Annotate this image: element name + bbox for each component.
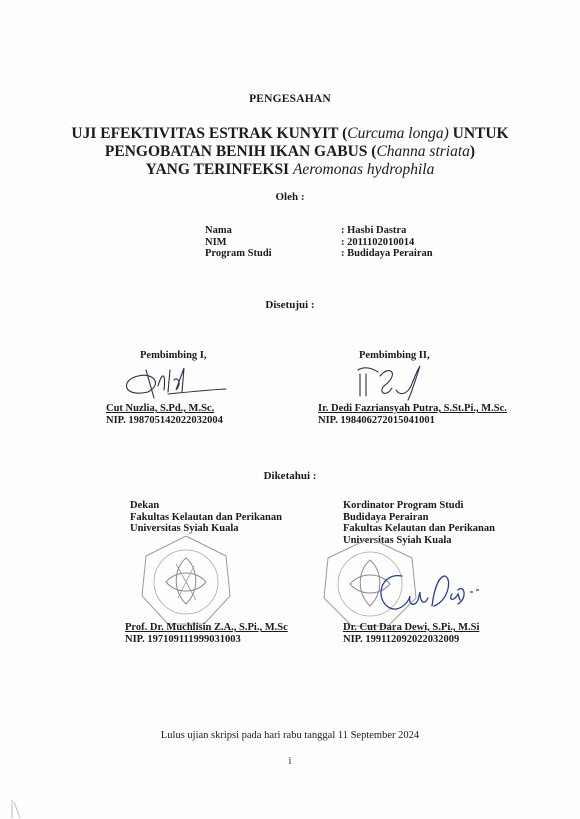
identity-row-program: Program Studi : Budidaya Perairan — [205, 248, 433, 260]
dean-block: Prof. Dr. Muchlisin Z.A., S.Pi., M.Sc NI… — [125, 622, 288, 645]
species-channa: Channa striata — [376, 143, 469, 160]
species-curcuma: Curcuma longa) — [347, 125, 448, 142]
signature-supervisor-2-icon — [350, 364, 430, 404]
page-heading: PENGESAHAN — [0, 93, 580, 105]
supervisor-1-nip: NIP. 198705142022032004 — [106, 415, 223, 427]
coordinator-block: Dr. Cut Dara Dewi, S.Pi., M.Si NIP. 1991… — [343, 622, 479, 645]
supervisor-1-block: Cut Nuzlia, S.Pd., M.Sc. NIP. 1987051420… — [106, 403, 223, 426]
identity-row-name: Nama : Hasbi Dastra — [205, 225, 433, 237]
supervisor-2-block: Ir. Dedi Fazriansyah Putra, S.St.Pi., M.… — [318, 403, 507, 426]
supervisor-2-nip: NIP. 198406272015041001 — [318, 415, 507, 427]
coordinator-name: Dr. Cut Dara Dewi, S.Pi., M.Si — [343, 622, 479, 634]
signature-supervisor-1-icon — [118, 362, 228, 402]
identity-row-nim: NIM : 2011102010014 — [205, 237, 433, 249]
graduation-statement: Lulus ujian skripsi pada hari rabu tangg… — [0, 730, 580, 741]
by-label: Oleh : — [0, 191, 580, 203]
species-aeromonas: Aeromonas hydrophila — [293, 161, 434, 178]
dean-nip: NIP. 197109111999031003 — [125, 634, 288, 646]
dean-institution-block: Dekan Fakultas Kelautan dan Perikanan Un… — [130, 500, 282, 535]
dean-name: Prof. Dr. Muchlisin Z.A., S.Pi., M.Sc — [125, 622, 288, 634]
supervisor-2-name: Ir. Dedi Fazriansyah Putra, S.St.Pi., M.… — [318, 403, 507, 415]
page-number: i — [0, 756, 580, 767]
scan-artifact-mark-icon — [10, 800, 24, 819]
coordinator-nip: NIP. 199112092022032009 — [343, 634, 479, 646]
student-identity: Nama : Hasbi Dastra NIM : 2011102010014 … — [205, 225, 433, 260]
supervisor-2-role: Pembimbing II, — [359, 350, 430, 361]
signature-coordinator-icon — [372, 570, 482, 620]
university-stamp-dean-icon — [140, 534, 232, 626]
acknowledged-label: Diketahui : — [0, 470, 580, 482]
title-line-3: YANG TERINFEKSI Aeromonas hydrophila — [0, 161, 580, 179]
supervisor-1-role: Pembimbing I, — [140, 350, 207, 361]
title-line-1: UJI EFEKTIVITAS ESTRAK KUNYIT (Curcuma l… — [0, 125, 580, 143]
approved-label: Disetujui : — [0, 299, 580, 311]
title-line-2: PENGOBATAN BENIH IKAN GABUS (Channa stri… — [0, 143, 580, 161]
thesis-title: UJI EFEKTIVITAS ESTRAK KUNYIT (Curcuma l… — [0, 125, 580, 179]
supervisor-1-name: Cut Nuzlia, S.Pd., M.Sc. — [106, 403, 223, 415]
